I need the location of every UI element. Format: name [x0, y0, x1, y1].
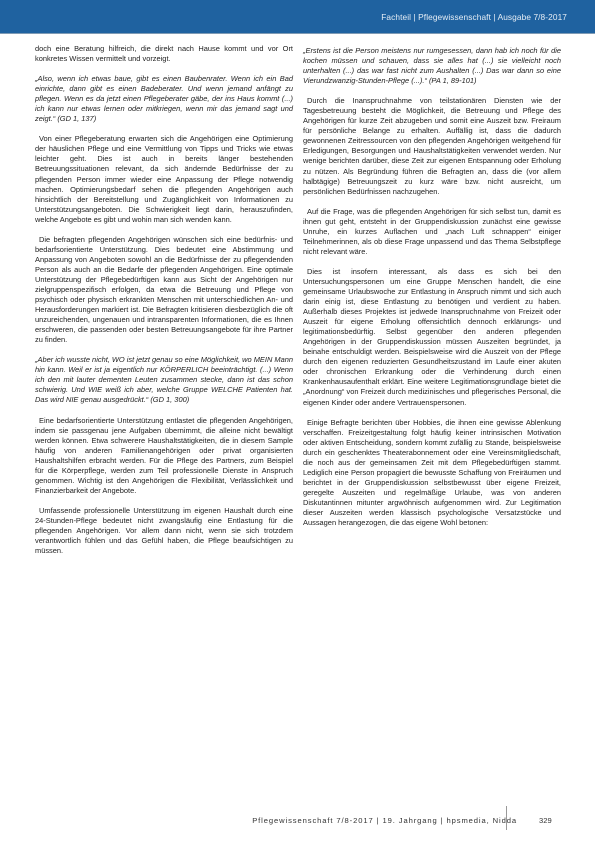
page-number: 329 — [539, 816, 552, 825]
interview-quote: „Aber ich wusste nicht, WO ist jetzt gen… — [35, 355, 293, 405]
paragraph: Die befragten pflegenden Angehörigen wün… — [35, 235, 293, 346]
page-footer: Pflegewissenschaft 7/8-2017 | 19. Jahrga… — [0, 812, 595, 832]
left-column: doch eine Beratung hilfreich, die direkt… — [35, 44, 293, 566]
paragraph: Einige Befragte berichten über Hobbies, … — [303, 418, 561, 529]
paragraph: Auf die Frage, was die pflegenden Angehö… — [303, 207, 561, 257]
paragraph: Eine bedarfsorientierte Unterstützung en… — [35, 416, 293, 496]
interview-quote: „Also, wenn ich etwas baue, gibt es eine… — [35, 74, 293, 124]
footer-divider — [506, 806, 507, 830]
journal-citation: Pflegewissenschaft 7/8-2017 | 19. Jahrga… — [252, 816, 517, 825]
header-bar: Fachteil | Pflegewissenschaft | Ausgabe … — [0, 0, 595, 34]
paragraph: Von einer Pflegeberatung erwarten sich d… — [35, 134, 293, 224]
running-header: Fachteil | Pflegewissenschaft | Ausgabe … — [381, 12, 567, 22]
paragraph: Dies ist insofern interessant, als dass … — [303, 267, 561, 408]
right-column: „Erstens ist die Person meistens nur rum… — [303, 46, 561, 538]
paragraph: Durch die Inanspruchnahme von teilstatio… — [303, 96, 561, 196]
interview-quote: „Erstens ist die Person meistens nur rum… — [303, 46, 561, 86]
paragraph: doch eine Beratung hilfreich, die direkt… — [35, 44, 293, 64]
paragraph: Umfassende professionelle Unterstützung … — [35, 506, 293, 556]
